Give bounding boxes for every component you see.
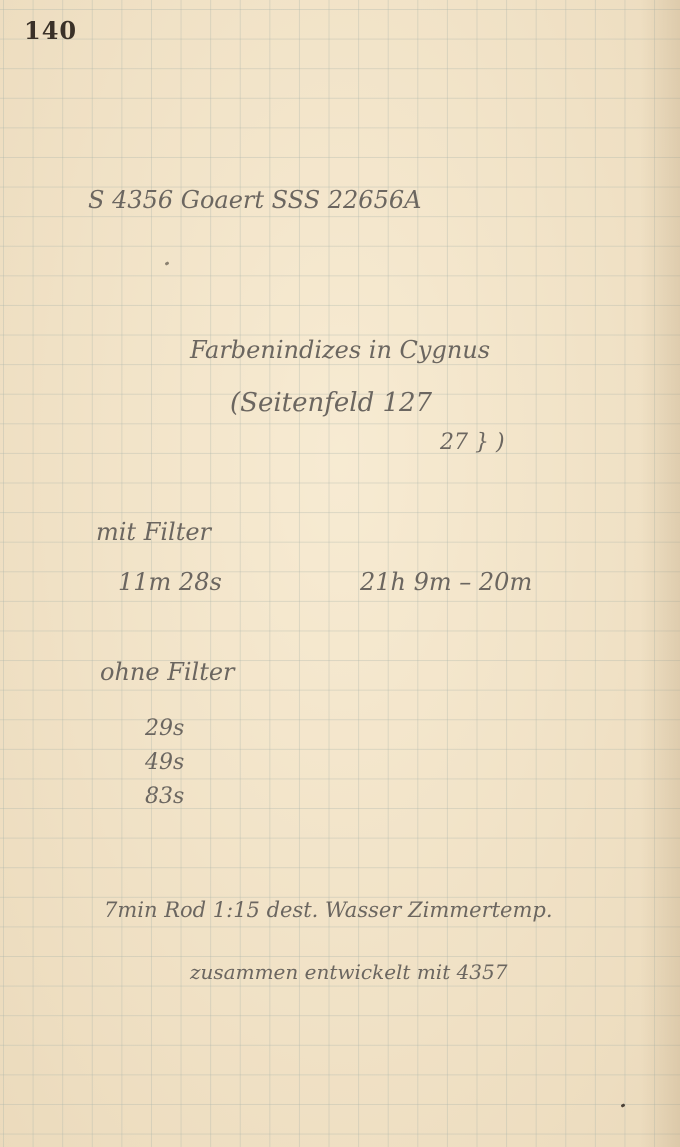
notebook-page: 140 S 4356 Goaert SSS 22656A Farbenindiz… <box>0 0 680 1147</box>
page-edge-shadow <box>640 0 680 1147</box>
subtitle-fraction: 27 } ) <box>440 430 505 455</box>
with-filter-time: 21h 9m – 20m <box>360 568 532 596</box>
exposure-value: 29s <box>145 712 184 746</box>
plate-header-line: S 4356 Goaert SSS 22656A <box>88 186 421 214</box>
without-filter-label: ohne Filter <box>100 658 235 686</box>
page-number: 140 <box>24 16 77 45</box>
with-filter-label: mit Filter <box>96 518 211 546</box>
title-line: Farbenindizes in Cygnus <box>190 336 490 364</box>
development-note-line-1: 7min Rod 1:15 dest. Wasser Zimmertemp. <box>104 898 553 922</box>
ink-speck <box>165 261 170 266</box>
ink-speck <box>621 1103 626 1108</box>
development-note-line-2: zusammen entwickelt mit 4357 <box>190 960 507 984</box>
with-filter-exposure: 11m 28s <box>118 568 222 596</box>
exposure-value: 83s <box>145 780 184 814</box>
exposure-value: 49s <box>145 746 184 780</box>
subtitle-line: (Seitenfeld 127 <box>230 388 432 418</box>
without-filter-values: 29s 49s 83s <box>145 712 184 814</box>
